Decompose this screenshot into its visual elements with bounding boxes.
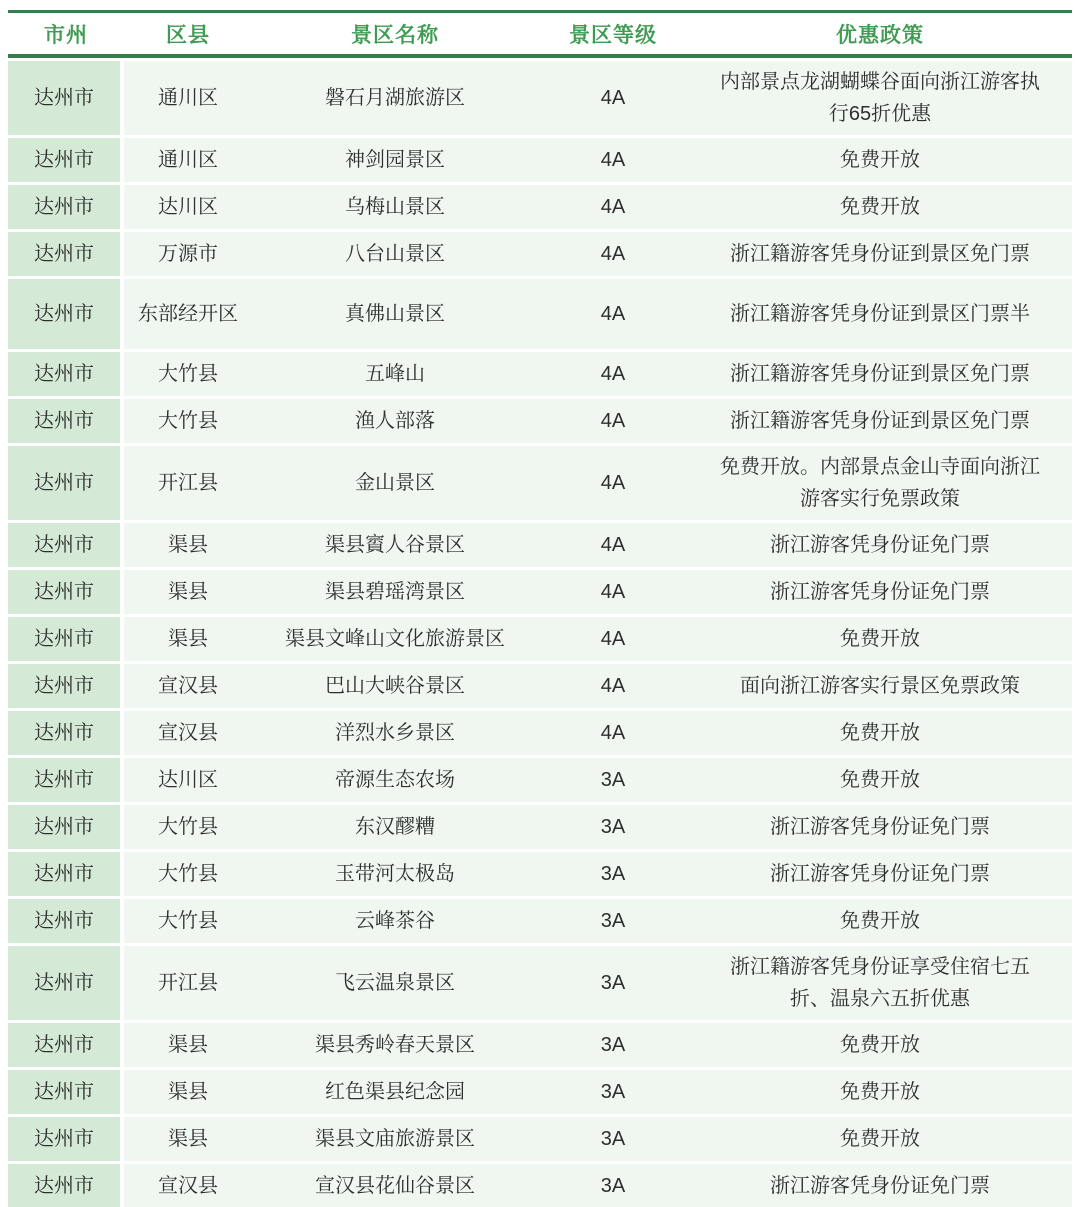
page: 市州 区县 景区名称 景区等级 优惠政策 达州市 通川区 磐石月湖旅游区 4A … <box>0 0 1080 1207</box>
cell-city: 达州市 <box>8 279 124 349</box>
cell-county: 通川区 <box>124 138 252 182</box>
cell-scenic-area-name: 乌梅山景区 <box>252 185 538 229</box>
cell-grade: 3A <box>538 1023 688 1067</box>
table-row: 达州市 渠县 渠县碧瑶湾景区 4A 浙江游客凭身份证免门票 <box>8 570 1072 614</box>
cell-grade: 4A <box>538 570 688 614</box>
cell-city: 达州市 <box>8 138 124 182</box>
table-row: 达州市 大竹县 玉带河太极岛 3A 浙江游客凭身份证免门票 <box>8 852 1072 896</box>
table-row: 达州市 渠县 渠县文庙旅游景区 3A 免费开放 <box>8 1117 1072 1161</box>
cell-policy: 面向浙江游客实行景区免票政策 <box>688 664 1072 708</box>
table-row: 达州市 渠县 红色渠县纪念园 3A 免费开放 <box>8 1070 1072 1114</box>
table-row: 达州市 大竹县 东汉醪糟 3A 浙江游客凭身份证免门票 <box>8 805 1072 849</box>
table-row: 达州市 东部经开区 真佛山景区 4A 浙江籍游客凭身份证到景区门票半 <box>8 279 1072 349</box>
cell-city: 达州市 <box>8 852 124 896</box>
cell-grade: 4A <box>538 446 688 520</box>
table-row: 达州市 达川区 乌梅山景区 4A 免费开放 <box>8 185 1072 229</box>
cell-scenic-area-name: 玉带河太极岛 <box>252 852 538 896</box>
table-row: 达州市 渠县 渠县秀岭春天景区 3A 免费开放 <box>8 1023 1072 1067</box>
cell-grade: 4A <box>538 279 688 349</box>
cell-county: 宣汉县 <box>124 1164 252 1207</box>
cell-city: 达州市 <box>8 664 124 708</box>
cell-scenic-area-name: 真佛山景区 <box>252 279 538 349</box>
table-row: 达州市 宣汉县 洋烈水乡景区 4A 免费开放 <box>8 711 1072 755</box>
cell-county: 万源市 <box>124 232 252 276</box>
cell-grade: 3A <box>538 946 688 1020</box>
cell-policy: 免费开放 <box>688 1023 1072 1067</box>
cell-policy: 免费开放 <box>688 617 1072 661</box>
cell-county: 渠县 <box>124 617 252 661</box>
cell-policy: 浙江籍游客凭身份证到景区门票半 <box>688 279 1072 349</box>
cell-policy: 内部景点龙湖蝴蝶谷面向浙江游客执行65折优惠 <box>688 61 1072 135</box>
cell-city: 达州市 <box>8 899 124 943</box>
cell-scenic-area-name: 巴山大峡谷景区 <box>252 664 538 708</box>
cell-scenic-area-name: 渠县秀岭春天景区 <box>252 1023 538 1067</box>
cell-policy: 浙江籍游客凭身份证享受住宿七五折、温泉六五折优惠 <box>688 946 1072 1020</box>
cell-city: 达州市 <box>8 1164 124 1207</box>
table-row: 达州市 通川区 神剑园景区 4A 免费开放 <box>8 138 1072 182</box>
cell-county: 渠县 <box>124 570 252 614</box>
cell-city: 达州市 <box>8 946 124 1020</box>
cell-grade: 3A <box>538 852 688 896</box>
cell-city: 达州市 <box>8 711 124 755</box>
column-header-city: 市州 <box>8 19 124 49</box>
cell-scenic-area-name: 渠县碧瑶湾景区 <box>252 570 538 614</box>
cell-grade: 3A <box>538 1070 688 1114</box>
cell-scenic-area-name: 磐石月湖旅游区 <box>252 61 538 135</box>
cell-policy: 免费开放 <box>688 899 1072 943</box>
cell-scenic-area-name: 红色渠县纪念园 <box>252 1070 538 1114</box>
cell-policy: 免费开放 <box>688 1070 1072 1114</box>
table-row: 达州市 开江县 金山景区 4A 免费开放。内部景点金山寺面向浙江游客实行免票政策 <box>8 446 1072 520</box>
cell-grade: 4A <box>538 138 688 182</box>
cell-grade: 3A <box>538 805 688 849</box>
cell-county: 大竹县 <box>124 852 252 896</box>
cell-scenic-area-name: 五峰山 <box>252 352 538 396</box>
cell-policy: 免费开放 <box>688 1117 1072 1161</box>
cell-scenic-area-name: 八台山景区 <box>252 232 538 276</box>
cell-policy: 浙江籍游客凭身份证到景区免门票 <box>688 352 1072 396</box>
cell-grade: 3A <box>538 758 688 802</box>
table-row: 达州市 大竹县 渔人部落 4A 浙江籍游客凭身份证到景区免门票 <box>8 399 1072 443</box>
cell-grade: 4A <box>538 352 688 396</box>
cell-county: 大竹县 <box>124 805 252 849</box>
cell-scenic-area-name: 神剑园景区 <box>252 138 538 182</box>
cell-county: 大竹县 <box>124 899 252 943</box>
column-header-county: 区县 <box>124 19 252 49</box>
cell-grade: 4A <box>538 617 688 661</box>
column-header-name: 景区名称 <box>252 19 538 49</box>
cell-city: 达州市 <box>8 446 124 520</box>
table-header-row: 市州 区县 景区名称 景区等级 优惠政策 <box>8 13 1072 54</box>
cell-policy: 浙江籍游客凭身份证到景区免门票 <box>688 232 1072 276</box>
table-row: 达州市 渠县 渠县文峰山文化旅游景区 4A 免费开放 <box>8 617 1072 661</box>
cell-scenic-area-name: 渠县文峰山文化旅游景区 <box>252 617 538 661</box>
table-row: 达州市 通川区 磐石月湖旅游区 4A 内部景点龙湖蝴蝶谷面向浙江游客执行65折优… <box>8 61 1072 135</box>
cell-scenic-area-name: 云峰茶谷 <box>252 899 538 943</box>
table-row: 达州市 万源市 八台山景区 4A 浙江籍游客凭身份证到景区免门票 <box>8 232 1072 276</box>
cell-policy: 免费开放 <box>688 758 1072 802</box>
table-body: 达州市 通川区 磐石月湖旅游区 4A 内部景点龙湖蝴蝶谷面向浙江游客执行65折优… <box>8 61 1072 1207</box>
cell-scenic-area-name: 帝源生态农场 <box>252 758 538 802</box>
cell-scenic-area-name: 渠县賨人谷景区 <box>252 523 538 567</box>
cell-city: 达州市 <box>8 185 124 229</box>
cell-policy: 浙江游客凭身份证免门票 <box>688 852 1072 896</box>
cell-city: 达州市 <box>8 1023 124 1067</box>
cell-policy: 免费开放。内部景点金山寺面向浙江游客实行免票政策 <box>688 446 1072 520</box>
cell-grade: 3A <box>538 1164 688 1207</box>
cell-city: 达州市 <box>8 399 124 443</box>
cell-county: 渠县 <box>124 523 252 567</box>
cell-city: 达州市 <box>8 1117 124 1161</box>
cell-county: 达川区 <box>124 185 252 229</box>
cell-policy: 浙江游客凭身份证免门票 <box>688 570 1072 614</box>
cell-city: 达州市 <box>8 805 124 849</box>
cell-scenic-area-name: 金山景区 <box>252 446 538 520</box>
table-row: 达州市 渠县 渠县賨人谷景区 4A 浙江游客凭身份证免门票 <box>8 523 1072 567</box>
table-row: 达州市 开江县 飞云温泉景区 3A 浙江籍游客凭身份证享受住宿七五折、温泉六五折… <box>8 946 1072 1020</box>
cell-city: 达州市 <box>8 232 124 276</box>
cell-scenic-area-name: 飞云温泉景区 <box>252 946 538 1020</box>
cell-grade: 3A <box>538 899 688 943</box>
cell-scenic-area-name: 洋烈水乡景区 <box>252 711 538 755</box>
cell-county: 大竹县 <box>124 399 252 443</box>
cell-city: 达州市 <box>8 352 124 396</box>
cell-county: 宣汉县 <box>124 711 252 755</box>
cell-scenic-area-name: 东汉醪糟 <box>252 805 538 849</box>
cell-grade: 4A <box>538 232 688 276</box>
cell-city: 达州市 <box>8 617 124 661</box>
cell-county: 渠县 <box>124 1023 252 1067</box>
cell-county: 开江县 <box>124 946 252 1020</box>
cell-city: 达州市 <box>8 61 124 135</box>
cell-policy: 浙江游客凭身份证免门票 <box>688 805 1072 849</box>
cell-grade: 3A <box>538 1117 688 1161</box>
cell-grade: 4A <box>538 664 688 708</box>
cell-grade: 4A <box>538 711 688 755</box>
column-header-grade: 景区等级 <box>538 19 688 49</box>
table-row: 达州市 大竹县 五峰山 4A 浙江籍游客凭身份证到景区免门票 <box>8 352 1072 396</box>
cell-city: 达州市 <box>8 1070 124 1114</box>
cell-scenic-area-name: 宣汉县花仙谷景区 <box>252 1164 538 1207</box>
column-header-policy: 优惠政策 <box>688 19 1072 49</box>
cell-county: 渠县 <box>124 1070 252 1114</box>
cell-county: 东部经开区 <box>124 279 252 349</box>
cell-county: 通川区 <box>124 61 252 135</box>
cell-policy: 免费开放 <box>688 185 1072 229</box>
table-row: 达州市 宣汉县 巴山大峡谷景区 4A 面向浙江游客实行景区免票政策 <box>8 664 1072 708</box>
cell-scenic-area-name: 渔人部落 <box>252 399 538 443</box>
cell-policy: 免费开放 <box>688 138 1072 182</box>
table-row: 达州市 达川区 帝源生态农场 3A 免费开放 <box>8 758 1072 802</box>
table-row: 达州市 宣汉县 宣汉县花仙谷景区 3A 浙江游客凭身份证免门票 <box>8 1164 1072 1207</box>
cell-policy: 浙江游客凭身份证免门票 <box>688 523 1072 567</box>
cell-grade: 4A <box>538 399 688 443</box>
cell-city: 达州市 <box>8 570 124 614</box>
cell-county: 开江县 <box>124 446 252 520</box>
cell-city: 达州市 <box>8 758 124 802</box>
cell-county: 宣汉县 <box>124 664 252 708</box>
cell-city: 达州市 <box>8 523 124 567</box>
cell-policy: 浙江籍游客凭身份证到景区免门票 <box>688 399 1072 443</box>
cell-grade: 4A <box>538 61 688 135</box>
cell-county: 渠县 <box>124 1117 252 1161</box>
cell-county: 达川区 <box>124 758 252 802</box>
cell-county: 大竹县 <box>124 352 252 396</box>
cell-scenic-area-name: 渠县文庙旅游景区 <box>252 1117 538 1161</box>
cell-grade: 4A <box>538 523 688 567</box>
cell-policy: 免费开放 <box>688 711 1072 755</box>
table-row: 达州市 大竹县 云峰茶谷 3A 免费开放 <box>8 899 1072 943</box>
cell-grade: 4A <box>538 185 688 229</box>
cell-policy: 浙江游客凭身份证免门票 <box>688 1164 1072 1207</box>
